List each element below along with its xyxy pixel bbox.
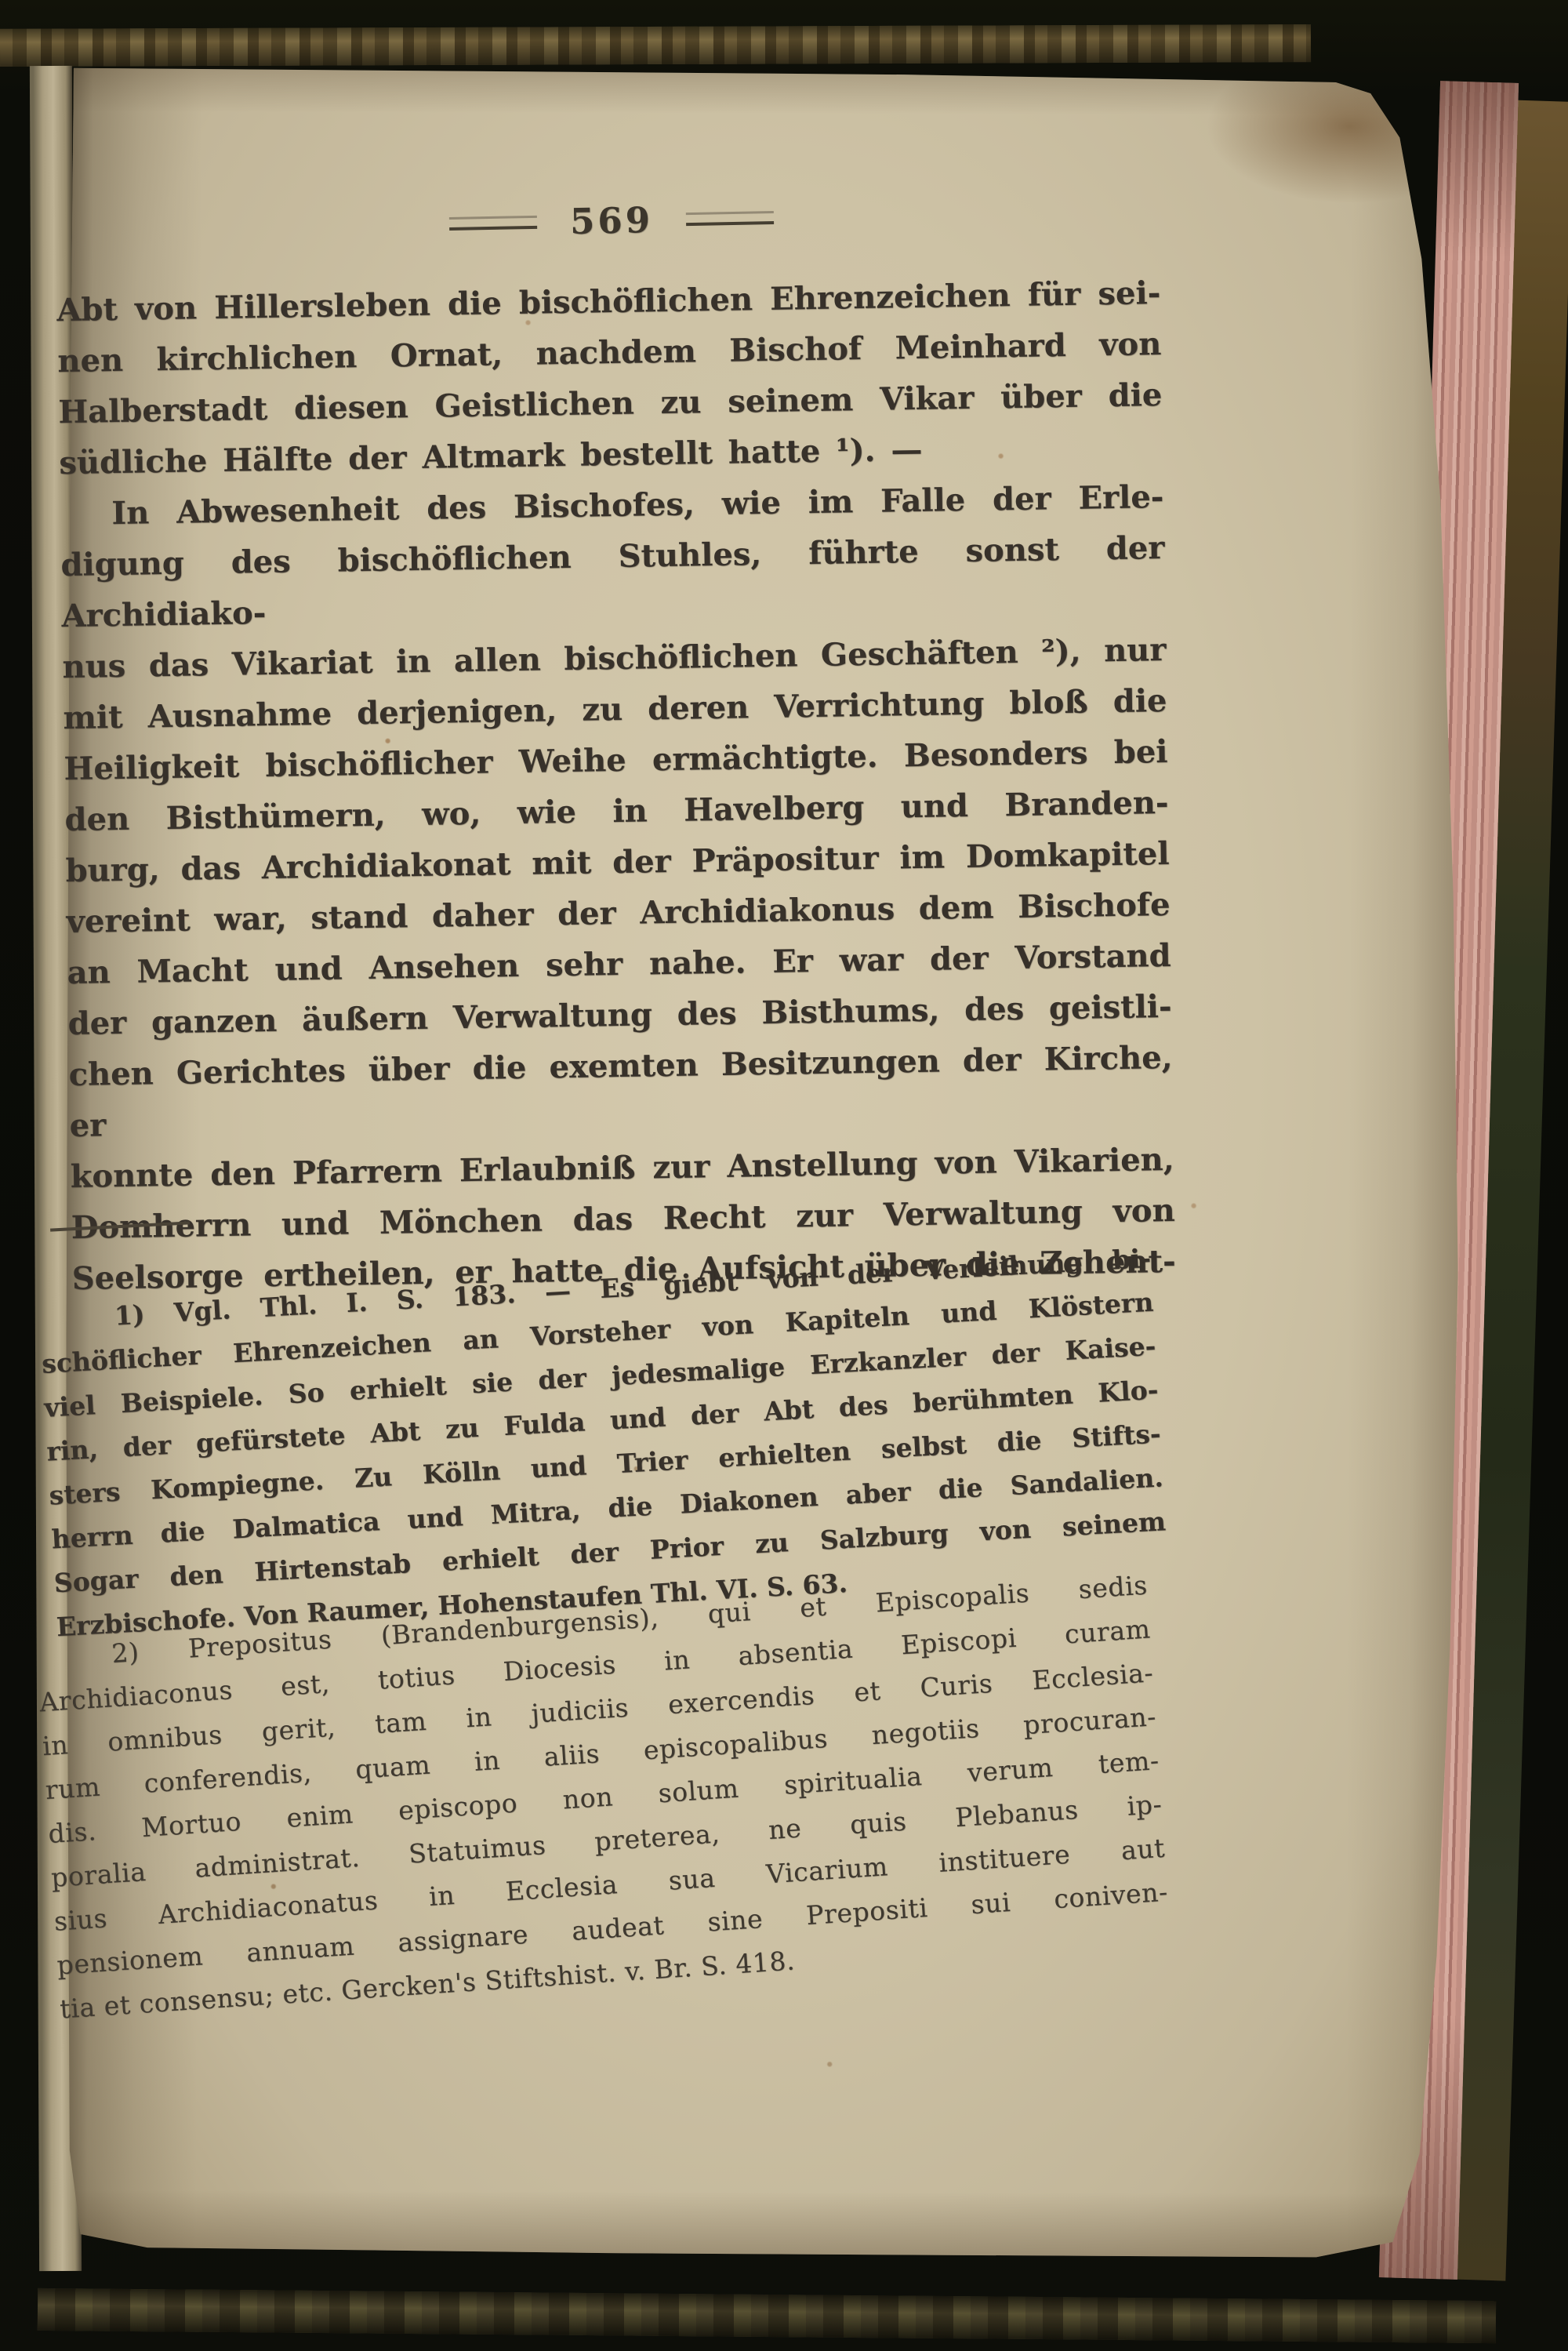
main-text: Abt von Hillersleben die bischöflichen E… (56, 267, 1176, 1304)
footnote-2: 2) Prepositus (Brandenburgensis), qui et… (35, 1563, 1172, 2031)
body-line: digung des bischöflichen Stuhles, führte… (60, 522, 1166, 641)
body-line: chen Gerichtes über die exemten Besitzun… (68, 1032, 1174, 1151)
book-cover-bottom-edge (38, 2288, 1496, 2343)
book-photo-scene: 569 Abt von Hillersleben die bischöflich… (0, 0, 1568, 2351)
page-number: 569 (570, 198, 654, 242)
header-rule-right (686, 211, 774, 226)
header-rule-left (449, 215, 537, 230)
book-cover-top-edge (0, 24, 1311, 67)
